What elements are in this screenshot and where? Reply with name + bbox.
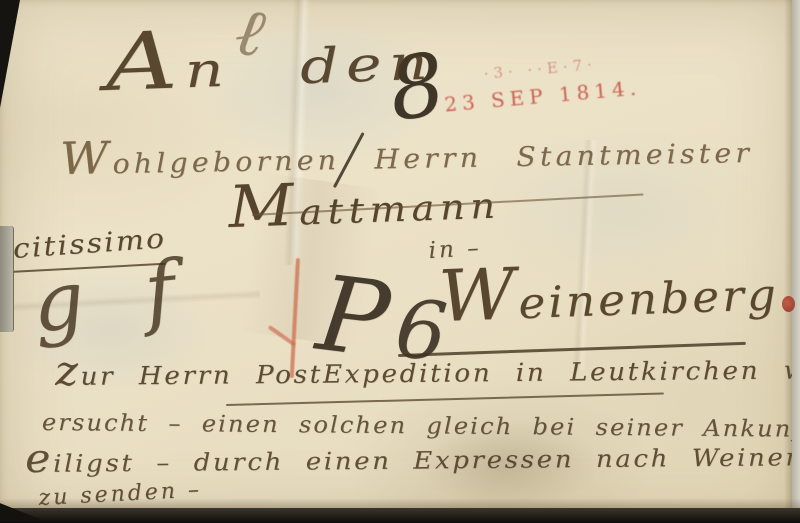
address-line-1: An den bbox=[105, 35, 436, 102]
scanned-letter: ·3· ··E·7· 23 SEP 1814. 8 ℓ An den Wohlg… bbox=[0, 0, 800, 523]
wax-seal-dot bbox=[782, 296, 795, 312]
edge-left-protrusion bbox=[0, 226, 14, 332]
edge-bottom-band bbox=[0, 508, 800, 523]
edge-right-strip bbox=[792, 0, 800, 523]
flourish-cluster-left: g f bbox=[28, 241, 197, 350]
edge-right-shadow bbox=[784, 0, 792, 523]
